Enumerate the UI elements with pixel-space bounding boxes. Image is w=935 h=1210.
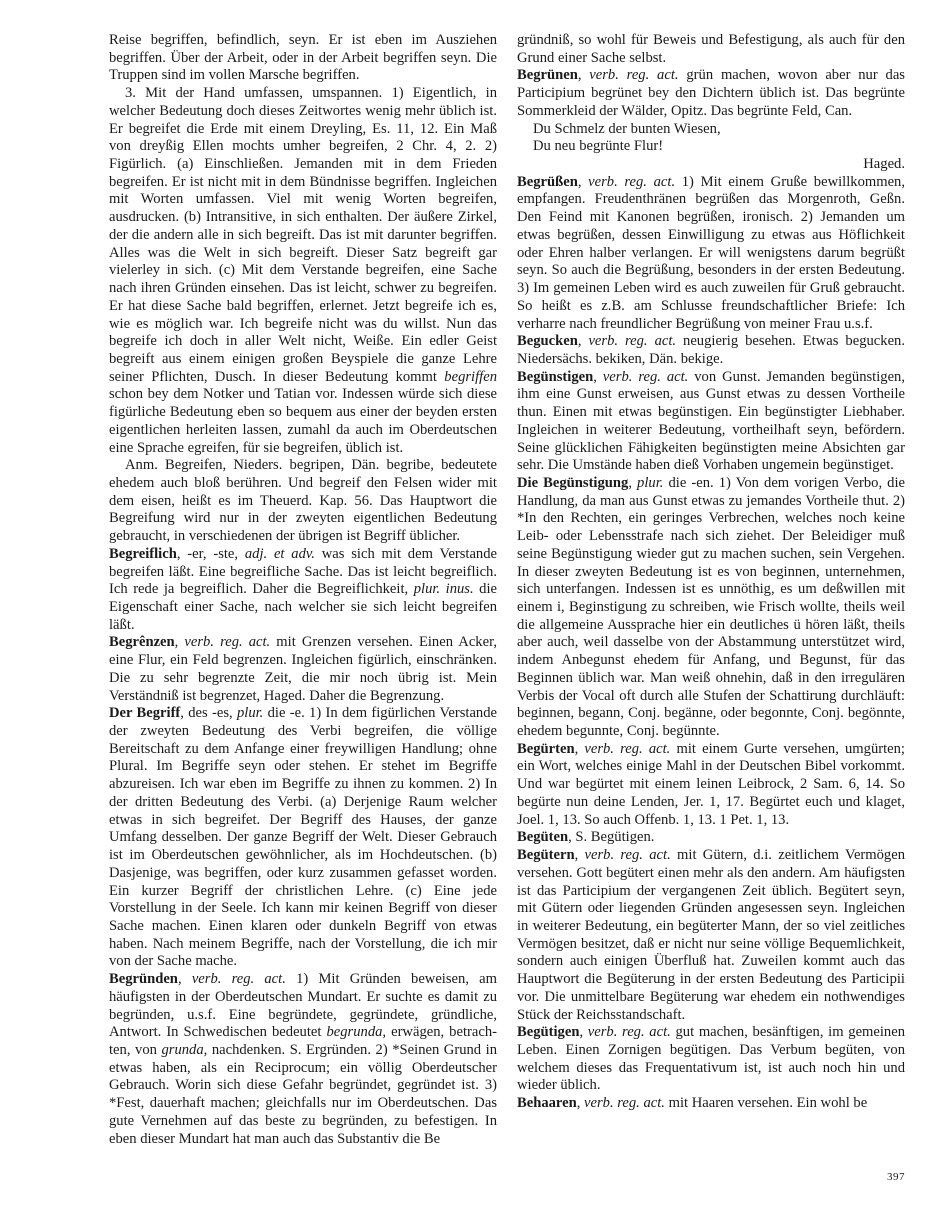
grammar-label: verb. reg. act. <box>184 634 270 650</box>
entry-begrenzen: Begrênzen, verb. reg. act. mit Grenzen v… <box>109 634 497 705</box>
punctuation: , <box>575 741 585 757</box>
verse-attribution: Haged. <box>517 156 905 174</box>
verse-line: Du Schmelz der bunten Wiesen, <box>517 121 905 139</box>
grammar-label: verb. reg. act. <box>584 741 670 757</box>
annotation-paragraph: Anm. Begreifen, Nieders. begripen, Dän. … <box>109 457 497 546</box>
punctuation: , <box>628 475 637 491</box>
entry-beguten: Begüten, S. Begütigen. <box>517 829 905 847</box>
entry-der-begriff: Der Begriff, des -es, plur. die -e. 1) I… <box>109 705 497 971</box>
verse-line: Du neu begrünte Flur! <box>517 138 905 156</box>
definition: die -en. 1) Von dem vorigen Verbo, die H… <box>517 475 905 739</box>
headword: Begrüßen <box>517 174 578 190</box>
italic-term: grunda, <box>161 1042 207 1058</box>
headword: Begüten <box>517 829 568 845</box>
headword: Die Begünstigung <box>517 475 628 491</box>
grammar-label: adj. et adv. <box>245 546 315 562</box>
grammar-label: verb. reg. act. <box>588 1024 671 1040</box>
right-column: gründniß, so wohl für Beweis und Befesti… <box>517 32 905 1113</box>
grammar-label: verb. reg. act. <box>585 847 671 863</box>
grammar-label: verb. reg. act. <box>588 333 676 349</box>
grammar-label: plur. inus. <box>414 581 474 597</box>
cross-reference: S. Begütigen. <box>575 829 654 845</box>
entry-behaaren: Behaaren, verb. reg. act. mit Haaren ver… <box>517 1095 905 1113</box>
entry-begruessen: Begrüßen, verb. reg. act. 1) Mit einem G… <box>517 174 905 333</box>
punctuation: , <box>175 634 185 650</box>
italic-term: begriffen <box>444 369 497 385</box>
continuation-paragraph: Reise begriffen, befindlich, seyn. Er is… <box>109 32 497 85</box>
entry-begruenden: Begründen, verb. reg. act. 1) Mit Gründe… <box>109 971 497 1148</box>
punctuation: , des -es, <box>180 705 237 721</box>
entry-beguetern: Begütern, verb. reg. act. mit Gütern, d.… <box>517 847 905 1024</box>
punctuation: , <box>575 847 585 863</box>
punctuation: , <box>577 1095 584 1111</box>
italic-term: begrunda, <box>326 1024 386 1040</box>
entry-beguerten: Begürten, verb. reg. act. mit einem Gurt… <box>517 741 905 830</box>
entry-begruenen: Begrünen, verb. reg. act. grün machen, w… <box>517 67 905 120</box>
page-number: 397 <box>880 1171 905 1183</box>
entry-die-beguenstigung: Die Begünstigung, plur. die -en. 1) Von … <box>517 475 905 741</box>
definition: mit Gütern, d.i. zeitlichem Vermögen ver… <box>517 847 905 1022</box>
dictionary-page: Reise begriffen, befindlich, seyn. Er is… <box>0 0 935 1210</box>
punctuation: , <box>578 67 589 83</box>
headword: Begütigen <box>517 1024 579 1040</box>
continuation-paragraph: gründniß, so wohl für Beweis und Befesti… <box>517 32 905 67</box>
punctuation: , <box>593 369 603 385</box>
headword: Begucken <box>517 333 578 349</box>
headword: Begrünen <box>517 67 578 83</box>
sense-text: 3. Mit der Hand umfassen, umspannen. 1) … <box>109 85 497 385</box>
definition: die -e. 1) In dem figürlichen Ver­stande… <box>109 705 497 969</box>
punctuation: , <box>578 333 589 349</box>
punctuation: , <box>178 971 192 987</box>
headword: Begürten <box>517 741 575 757</box>
headword: Behaaren <box>517 1095 577 1111</box>
definition: mit Haaren versehen. Ein wohl be­ <box>665 1095 867 1111</box>
headword: Begrênzen <box>109 634 175 650</box>
grammar-label: verb. reg. act. <box>589 67 678 83</box>
left-column: Reise begriffen, befindlich, seyn. Er is… <box>109 32 497 1148</box>
grammar-label: verb. reg. act. <box>603 369 689 385</box>
grammar-label: verb. reg. act. <box>192 971 286 987</box>
punctuation: , <box>578 174 588 190</box>
grammar-label: verb. reg. act. <box>588 174 675 190</box>
headword: Begründen <box>109 971 178 987</box>
sense-text-tail: schon bey dem Notker und Tatian vor. Ind… <box>109 386 497 455</box>
punctuation: , <box>579 1024 587 1040</box>
punctuation: , -er, -ste, <box>177 546 245 562</box>
definition: 1) Mit einem Gruße bewillkommen, empfang… <box>517 174 905 332</box>
entry-beguetigen: Begütigen, verb. reg. act. gut machen, b… <box>517 1024 905 1095</box>
grammar-label: verb. reg. act. <box>584 1095 665 1111</box>
sense-paragraph-3: 3. Mit der Hand umfassen, umspannen. 1) … <box>109 85 497 457</box>
headword: Der Begriff <box>109 705 180 721</box>
entry-begreiflich: Begreiflich, -er, -ste, adj. et adv. was… <box>109 546 497 635</box>
headword: Begünstigen <box>517 369 593 385</box>
grammar-label: plur. <box>237 705 263 721</box>
headword: Begreiflich <box>109 546 177 562</box>
grammar-label: plur. <box>637 475 663 491</box>
entry-begucken: Begucken, verb. reg. act. neugierig bese… <box>517 333 905 368</box>
headword: Begütern <box>517 847 575 863</box>
entry-beguenstigen: Begünstigen, verb. reg. act. von Gunst. … <box>517 369 905 475</box>
